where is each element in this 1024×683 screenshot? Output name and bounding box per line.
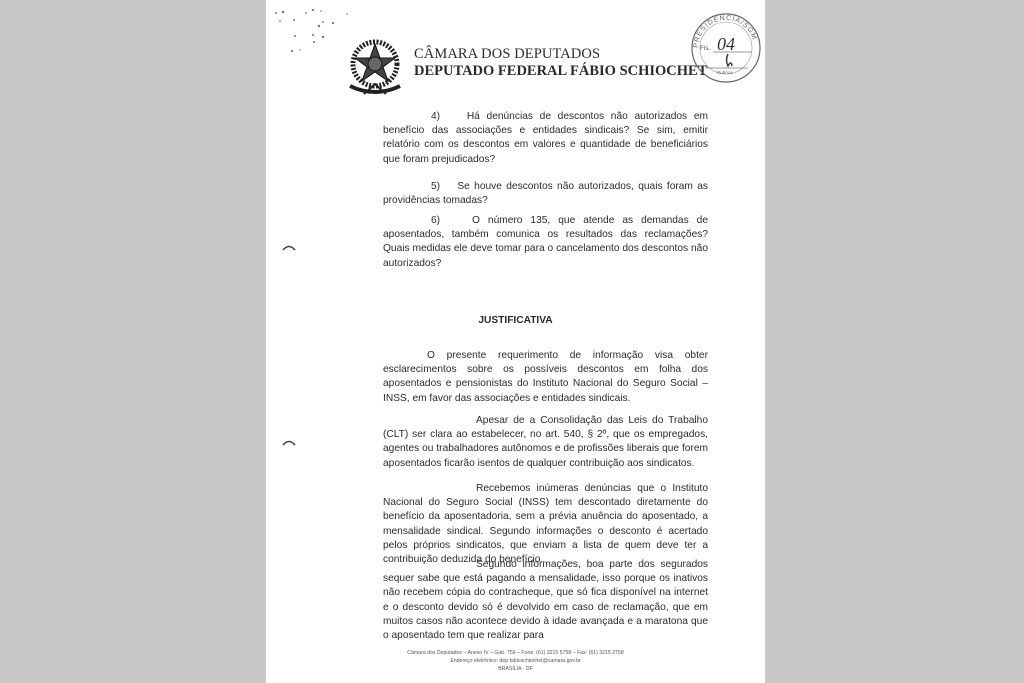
punch-hole-mark-icon <box>282 438 296 446</box>
deputy-name: DEPUTADO FEDERAL FÁBIO SCHIOCHET <box>414 63 707 80</box>
institution-name: CÂMARA DOS DEPUTADOS <box>414 46 707 63</box>
justification-paragraph: Recebemos inúmeras denúncias que o Insti… <box>383 482 708 567</box>
paragraph-text: O presente requerimento de informação vi… <box>383 350 708 404</box>
question-number: 4) <box>431 111 440 122</box>
stamp-label: Fls. <box>700 45 711 52</box>
justification-title: JUSTIFICATIVA <box>266 315 765 326</box>
footer-city: BRASÍLIA - DF <box>266 665 765 673</box>
justification-paragraph: Segundo informações, boa parte dos segur… <box>383 558 708 643</box>
stamp-page-number: 04 <box>717 34 735 54</box>
question-5: 5) Se houve descontos não autorizados, q… <box>383 180 708 208</box>
page-number-stamp-icon: PRESIDÊNCIA/SGM Fls. 04 Rubrica <box>686 10 765 86</box>
page-footer: Câmara dos Deputados – Anexo IV – Gab. 7… <box>266 649 765 673</box>
punch-hole-mark-icon <box>282 243 296 251</box>
justification-paragraph: Apesar de a Consolidação das Leis do Tra… <box>383 414 708 471</box>
question-number: 6) <box>431 215 440 226</box>
question-number: 5) <box>431 181 440 192</box>
paragraph-text: Apesar de a Consolidação das Leis do Tra… <box>383 415 708 469</box>
question-4: 4) Há denúncias de descontos não autoriz… <box>383 110 708 167</box>
stamp-sub-label: Rubrica <box>717 70 733 75</box>
justification-paragraph: O presente requerimento de informação vi… <box>383 349 708 406</box>
paragraph-text: Recebemos inúmeras denúncias que o Insti… <box>383 483 708 565</box>
brazil-coat-of-arms-icon <box>344 34 406 100</box>
question-6: 6) O número 135, que atende as demandas … <box>383 214 708 271</box>
paragraph-text: Segundo informações, boa parte dos segur… <box>383 559 708 641</box>
document-page: CÂMARA DOS DEPUTADOS DEPUTADO FEDERAL FÁ… <box>266 0 765 683</box>
letterhead: CÂMARA DOS DEPUTADOS DEPUTADO FEDERAL FÁ… <box>414 46 707 80</box>
scan-specks-decoration <box>266 0 356 60</box>
footer-address: Câmara dos Deputados – Anexo IV – Gab. 7… <box>266 649 765 657</box>
footer-email: Endereço eletrônico: dep.fabioschiochet@… <box>266 657 765 665</box>
